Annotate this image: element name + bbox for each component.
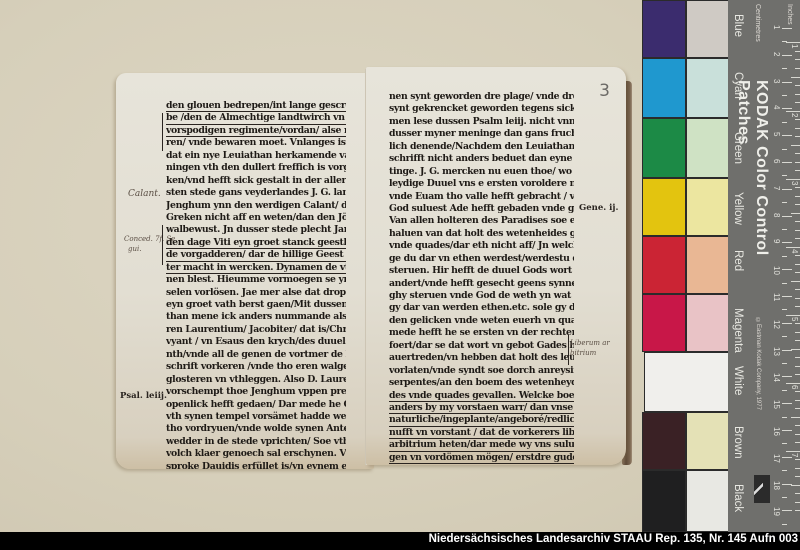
inch-sub-tick [795, 340, 800, 341]
cm-tick-label: 13 [772, 347, 781, 356]
text-line: walbewust. Jn dusser stede plecht Jarlik… [166, 224, 346, 236]
cm-tick [782, 82, 792, 83]
patch-magenta-dark [642, 294, 686, 352]
text-line: tinge. J. G. mercken nu euen thoe/ wo du… [389, 166, 574, 178]
patch-label-brown: Brown [732, 426, 744, 459]
cm-tick [782, 510, 792, 511]
patch-black-dark [642, 470, 686, 532]
margin-note-calant: Calant. [128, 189, 161, 199]
text-line: be /den de Almechtige landtwirch vn sali… [166, 112, 346, 124]
page-number: 3 [599, 81, 610, 101]
cm-half-tick [782, 417, 787, 418]
inch-tick-label: 6 [790, 385, 799, 389]
text-line: volch klaer genoech sal erschynen. Vnde … [166, 448, 346, 460]
cm-tick-label: 6 [772, 159, 781, 163]
cm-half-tick [782, 497, 787, 498]
inch-sub-tick [795, 170, 800, 171]
patch-black-light [686, 470, 729, 532]
inch-sub-tick [795, 408, 800, 409]
text-line: vorspodigen regimente/vordan/ alse noch … [166, 125, 346, 137]
text-line: serpentes/an den boem des wetenheydes gu… [389, 377, 574, 389]
cm-half-tick [782, 149, 787, 150]
right-page-text: nen synt geworden dre plage/ vnde dre tu… [389, 91, 574, 465]
archive-caption: Niedersächsisches Landesarchiv STAAU Rep… [429, 533, 798, 545]
inch-sub-tick [791, 77, 800, 78]
text-line: openlick hefft gedaen/ Dar mede he Chris… [166, 399, 346, 411]
scan-background: den glouen bedrepen/int lange gescrenen … [0, 0, 800, 532]
cm-tick-label: 1 [772, 25, 781, 29]
patch-label-blue: Blue [732, 14, 744, 37]
text-line: vorlaten/vnde syndt soe dorch anreysinge… [389, 365, 574, 377]
text-line: anders by my vorstaen warr/ dan vnse ege… [389, 402, 574, 414]
inch-sub-tick [795, 289, 800, 290]
text-line: men lese dussen Psalm leiij. nicht vnnut… [389, 116, 574, 128]
text-line: ren Laurentium/ Jacobiter/ dat is/Christ [166, 324, 346, 336]
text-line: ele erkesen/vn yot quade by vns suluest … [389, 464, 574, 465]
text-line: schrift vorkeren /vnde tho eren walgeual… [166, 361, 346, 373]
cm-half-tick [782, 524, 787, 525]
cm-half-tick [782, 363, 787, 364]
cm-half-tick [782, 122, 787, 123]
margin-note-conced: Conced. 7f. Se [124, 235, 175, 243]
cm-tick-label: 16 [772, 427, 781, 436]
ink-bracket [162, 225, 163, 265]
text-line: lich denende/Nachdem den Leuiathan in de… [389, 141, 574, 153]
margin-note-liberum: Liberum ar [570, 339, 610, 347]
text-line: vyant / vn Esaus den krych/des duuels vr… [166, 336, 346, 348]
inch-sub-tick [795, 94, 800, 95]
text-line: Jenghum ynn den werdigen Calant/ dar de [166, 200, 346, 212]
inch-tick [786, 383, 800, 384]
inch-sub-tick [795, 264, 800, 265]
inch-tick [786, 111, 800, 112]
text-line: God suluest Ade hefft gebaden vnde ghese… [389, 203, 574, 215]
text-line: ghy steruen vnde God de weth yn wat dagh… [389, 290, 574, 302]
text-line: dusser myner meninge dan gans fruchtbrec… [389, 128, 574, 140]
inch-sub-tick [795, 476, 800, 477]
cm-tick [782, 296, 792, 297]
cm-tick-label: 9 [772, 239, 781, 243]
margin-note-gui: gui. [128, 245, 141, 253]
inch-sub-tick [795, 196, 800, 197]
inch-tick-label: 7 [790, 453, 799, 457]
patch-label-green: Green [732, 132, 744, 164]
cm-tick-label: 5 [772, 132, 781, 136]
inch-tick [786, 315, 800, 316]
text-line: andert/vnde hefft gesecht geens synnes w… [389, 278, 574, 290]
copyright-label: ©Eastman Kodak Company, 1977 [755, 318, 761, 410]
inch-tick-label: 2 [790, 113, 799, 117]
cm-tick-label: 7 [772, 186, 781, 190]
text-line: vorschempt thoe Jenghum vppen predistoel… [166, 386, 346, 398]
cm-half-tick [782, 68, 787, 69]
inch-tick-label: 4 [790, 249, 799, 253]
patch-white [644, 352, 730, 412]
inch-tick [786, 451, 800, 452]
cm-half-tick [782, 336, 787, 337]
patch-label-red: Red [732, 250, 744, 271]
centimetres-label: Centimetres [754, 4, 761, 42]
patch-label-cyan: Cyan [732, 72, 744, 99]
inch-sub-tick [795, 68, 800, 69]
cm-tick [782, 162, 792, 163]
text-line: nufft vn vorstant / dat de vorkerers lib… [389, 427, 574, 439]
margin-print-genesis: Gene. ij. [579, 203, 618, 213]
inch-sub-tick [795, 400, 800, 401]
patch-brown-dark [642, 412, 686, 470]
patch-brown-light [686, 412, 729, 470]
inch-sub-tick [795, 502, 800, 503]
inch-sub-tick [795, 187, 800, 188]
inch-sub-tick [795, 230, 800, 231]
caption-bar: Niedersächsisches Landesarchiv STAAU Rep… [0, 532, 800, 550]
inch-sub-tick [791, 417, 800, 418]
inch-tick-label: 1 [790, 44, 799, 48]
inch-sub-tick [791, 213, 800, 214]
cm-tick [782, 28, 792, 29]
text-line: arbitrium heten/dar mede wy vns suluest … [389, 439, 574, 451]
inch-sub-tick [795, 221, 800, 222]
margin-note-arbitrium: bitrium [570, 349, 596, 357]
ink-bracket [568, 335, 569, 365]
ink-bracket [162, 113, 163, 151]
cm-tick [782, 216, 792, 217]
inch-sub-tick [791, 281, 800, 282]
text-line: Greken nicht aff en weten/dan den Jöden … [166, 212, 346, 224]
inch-sub-tick [795, 425, 800, 426]
cm-tick-label: 2 [772, 52, 781, 56]
inch-tick [786, 179, 800, 180]
patch-label-magenta: Magenta [732, 308, 744, 353]
inch-tick-label: 5 [790, 317, 799, 321]
inch-sub-tick [795, 434, 800, 435]
inch-sub-tick [795, 102, 800, 103]
text-line: sproke Dauidis erfüllet is/yn eynem euer… [166, 461, 346, 469]
patch-yellow-light [686, 178, 729, 236]
text-line: leydige Duuel vns e ersten voroldere n A… [389, 178, 574, 190]
text-line: foert/dar se dat wort vn gebot Gades heb… [389, 340, 574, 352]
text-line: gy dar van werden ethen.etc. sole gy den… [389, 302, 574, 314]
text-line: den glouen bedrepen/int lange gescrenen … [166, 100, 346, 112]
cm-half-tick [782, 95, 787, 96]
inch-sub-tick [795, 468, 800, 469]
inch-sub-tick [795, 128, 800, 129]
text-line: haluen van dat holt des wetenheides gued… [389, 228, 574, 240]
cm-tick-label: 19 [772, 507, 781, 516]
text-line: naturliche/ingeplante/angeboré/redliche … [389, 414, 574, 426]
inch-sub-tick [795, 323, 800, 324]
cm-tick-label: 17 [772, 454, 781, 463]
inch-sub-tick [795, 162, 800, 163]
cm-half-tick [782, 443, 787, 444]
text-line: de vorgadderen/ dar de hillige Geest mit… [166, 249, 346, 261]
text-line: den gelicken vnde weten euerh vn quaet. … [389, 315, 574, 327]
kodak-logo-icon [754, 475, 770, 503]
text-line: ningen vth den dullert freffich is vorge… [166, 162, 346, 174]
patch-yellow-dark [642, 178, 686, 236]
inch-sub-tick [795, 85, 800, 86]
inch-sub-tick [795, 357, 800, 358]
inch-sub-tick [795, 391, 800, 392]
text-line: des vnde quades gevallen. Welcke boem ni… [389, 390, 574, 402]
cm-tick [782, 135, 792, 136]
inch-sub-tick [795, 306, 800, 307]
cm-tick [782, 376, 792, 377]
patch-label-yellow: Yellow [732, 192, 744, 225]
cm-tick-label: 15 [772, 400, 781, 409]
inch-sub-tick [795, 459, 800, 460]
inch-sub-tick [795, 119, 800, 120]
cm-tick [782, 323, 792, 324]
text-line: wedder in de stede vprichten/ Soe vthen … [166, 436, 346, 448]
patch-green-dark [642, 118, 686, 178]
text-line: dat ein nye Leuiathan herkamende van Gro [166, 150, 346, 162]
text-line: steruen. Hir hefft de duuel Gods wort vo… [389, 265, 574, 277]
text-line: synt gekrencket geworden tegens sick sul… [389, 103, 574, 115]
inch-tick [786, 247, 800, 248]
cm-tick [782, 55, 792, 56]
cm-half-tick [782, 390, 787, 391]
inch-sub-tick [795, 298, 800, 299]
text-line: than mene ick anders nummande alse Docto [166, 311, 346, 323]
text-line: schrifft nicht anders beduet dan eyne th… [389, 153, 574, 165]
text-line: tho vordryuen/vnde wolde synen Antechris… [166, 423, 346, 435]
inch-sub-tick [795, 238, 800, 239]
patch-green-light [686, 118, 729, 178]
text-line: eyn groet vath berst gaen/Mit dussen Leu… [166, 299, 346, 311]
inch-sub-tick [791, 349, 800, 350]
inch-sub-tick [795, 510, 800, 511]
inch-sub-tick [795, 442, 800, 443]
text-line: den dage Viti eyn groet stanck geestlich… [166, 237, 346, 249]
inch-sub-tick [795, 153, 800, 154]
kodak-color-target: KODAK Color Control Patches BlueCyanGree… [642, 0, 800, 532]
cm-tick [782, 242, 792, 243]
cm-half-tick [782, 283, 787, 284]
cm-half-tick [782, 256, 787, 257]
cm-half-tick [782, 309, 787, 310]
cm-tick-label: 8 [772, 213, 781, 217]
cm-tick [782, 269, 792, 270]
inch-sub-tick [791, 145, 800, 146]
open-book: den glouen bedrepen/int lange gescrenen … [110, 65, 635, 477]
inch-sub-tick [795, 332, 800, 333]
left-page-text: den glouen bedrepen/int lange gescrenen … [166, 100, 346, 469]
text-line: auertreden/vn hebben dat holt des leuend… [389, 352, 574, 364]
patch-blue-dark [642, 0, 686, 58]
text-line: sten stede gans veyderlandes J. G. lant … [166, 187, 346, 199]
text-line: nen blest. Hieumme vormoegen se ynnellik… [166, 274, 346, 286]
text-line: ter macht in wercken. Dynamen de vther t… [166, 262, 346, 274]
cm-half-tick [782, 202, 787, 203]
patch-blue-light [686, 0, 729, 58]
inch-tick-label: 3 [790, 181, 799, 185]
cm-tick-label: 11 [772, 293, 781, 301]
inch-sub-tick [795, 493, 800, 494]
inch-tick [786, 42, 800, 43]
right-page: 3 nen synt geworden dre plage/ vnde dre … [366, 67, 626, 465]
inch-sub-tick [795, 366, 800, 367]
text-line: ge du dar vn ethen werdest/werdestu den … [389, 253, 574, 265]
patch-label-white: White [732, 366, 744, 395]
cm-tick-label: 14 [772, 373, 781, 382]
cm-half-tick [782, 175, 787, 176]
text-line: nth/vnde all de genen de vortmer de hyll… [166, 349, 346, 361]
inch-sub-tick [795, 204, 800, 205]
text-line: selen vorlösen. Jae mer alse dat dropen … [166, 287, 346, 299]
patch-red-light [686, 236, 729, 294]
inch-sub-tick [795, 51, 800, 52]
text-line: gen vn vordömen mögen/ erstdre gude werk [389, 452, 574, 464]
cm-tick-label: 3 [772, 79, 781, 83]
patch-cyan-dark [642, 58, 686, 118]
inch-sub-tick [795, 374, 800, 375]
text-line: vnde quades/dar eth nicht aff/ Jn welcke… [389, 240, 574, 252]
text-line: mede hefft he se ersten vn der rechter b… [389, 327, 574, 339]
cm-tick-label: 12 [772, 320, 781, 329]
cm-tick-label: 10 [772, 266, 781, 275]
inch-sub-tick [791, 485, 800, 486]
patch-label-black: Black [732, 484, 744, 512]
inch-sub-tick [795, 136, 800, 137]
inch-sub-tick [795, 272, 800, 273]
cm-tick-label: 18 [772, 481, 781, 490]
cm-tick [782, 108, 792, 109]
cm-half-tick [782, 229, 787, 230]
text-line: ren/ vnde bewaren moet. Vnlanges ist geb… [166, 137, 346, 149]
ruler-scale: 123456789101112131415161718191234567 [772, 0, 800, 532]
text-line: vth synen tempel vorsämet hadde wedderüm [166, 411, 346, 423]
patch-red-dark [642, 236, 686, 294]
cm-tick [782, 403, 792, 404]
patch-cyan-light [686, 58, 729, 118]
text-line: ken/vnd hefft sick gestalt in der aller … [166, 175, 346, 187]
cm-tick-label: 4 [772, 105, 781, 109]
left-page: den glouen bedrepen/int lange gescrenen … [116, 73, 374, 469]
inch-sub-tick [795, 59, 800, 60]
inch-sub-tick [795, 255, 800, 256]
text-line: vnde Euam tho valle hefft gebracht / vn … [389, 191, 574, 203]
margin-print-psalm: Psal. leiij. [120, 391, 167, 401]
text-line: glosteren vn vthleggen. Also D. Laurens … [166, 374, 346, 386]
ruler-strip: KODAK Color Control Patches BlueCyanGree… [728, 0, 800, 532]
patch-magenta-light [686, 294, 729, 352]
text-line: Van allen holteren des Paradises soe eth… [389, 215, 574, 227]
cm-tick [782, 189, 792, 190]
cm-half-tick [782, 470, 787, 471]
text-line: nen synt geworden dre plage/ vnde dre tu… [389, 91, 574, 103]
cm-tick [782, 430, 792, 431]
